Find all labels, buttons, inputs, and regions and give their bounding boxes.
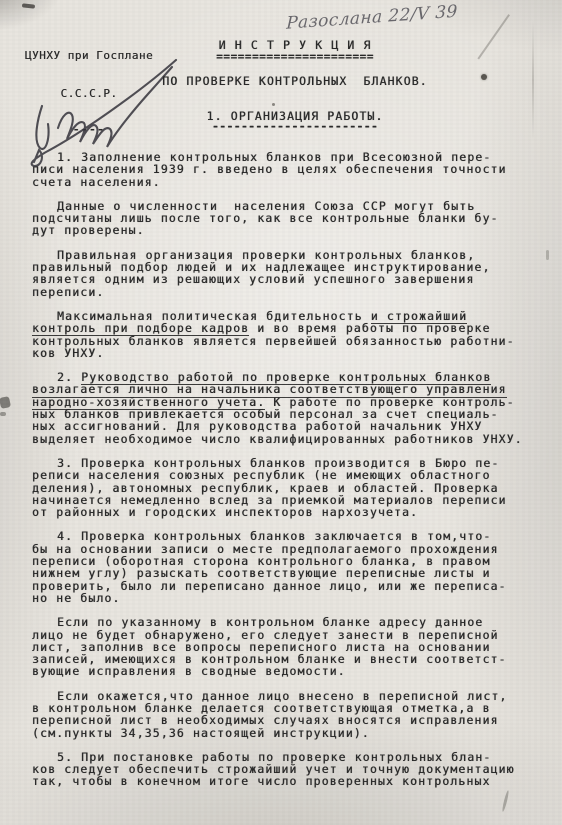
text-line: вующие исправления в сводные ведомости.: [32, 665, 538, 677]
paragraph: 5. При постановке работы по проверке кон…: [32, 751, 538, 788]
paragraph: 1. Заполнение контрольных бланков при Вс…: [32, 151, 538, 188]
title-underline: ======================: [95, 52, 495, 61]
text-line: дут проверены.: [32, 224, 538, 236]
paragraph: 4. Проверка контрольных бланков заключае…: [32, 530, 538, 604]
paper-crease: [532, 20, 534, 140]
text-segment: так, чтобы в конечном итоге число провер…: [32, 774, 490, 788]
title-block: И Н С Т Р У К Ц И Я ====================…: [95, 39, 495, 130]
text-line: ков УНХУ.: [32, 347, 538, 359]
text-segment: от районных и городских инспекторов нарх…: [32, 505, 418, 519]
ink-speck: [546, 250, 549, 260]
text-line: переписи.: [32, 286, 538, 298]
paragraph: Данные о численности населения Союза ССР…: [32, 200, 538, 237]
document-subtitle: ПО ПРОВЕРКЕ КОНТРОЛЬНЫХ БЛАНКОВ.: [95, 75, 495, 88]
text-segment: выделяет необходимое число квалифицирова…: [32, 432, 523, 446]
text-segment: вующие исправления в сводные ведомости.: [32, 664, 346, 678]
ink-smudge: [501, 790, 509, 812]
text-segment: (см.пункты 34,35,36 настоящей инструкции…: [32, 726, 370, 740]
text-line: (см.пункты 34,35,36 настоящей инструкции…: [32, 727, 538, 739]
scanned-document-page: ЦУНХУ при Госплане С.С.С.Р. ---- Разосла…: [0, 0, 562, 825]
paragraph: Правильная организация проверки контроль…: [32, 249, 538, 298]
text-line: но не было.: [32, 592, 538, 604]
body-paragraphs: 1. Заполнение контрольных бланков при Вс…: [32, 151, 538, 788]
text-segment: ков УНХУ.: [32, 346, 104, 360]
text-line: является одним из решающих условий успеш…: [32, 273, 538, 285]
ink-smudge: [0, 412, 6, 416]
ink-smudge: [22, 3, 35, 8]
text-line: счета населения.: [32, 176, 538, 188]
text-line: от районных и городских инспекторов нарх…: [32, 506, 538, 518]
text-segment: но не было.: [32, 591, 120, 605]
text-segment: дут проверены.: [32, 223, 145, 237]
paragraph: Максимальная политическая бдительность и…: [32, 310, 538, 359]
paragraph: 2. Руководство работой по проверке контр…: [32, 371, 538, 445]
text-line: контрольных бланков является первейшей о…: [32, 335, 538, 347]
section-heading-underline: -----------------------: [95, 123, 495, 130]
text-segment: переписи.: [32, 285, 104, 299]
paragraph: Если по указанному в контрольном бланке …: [32, 616, 538, 677]
text-line: выделяет необходимое число квалифицирова…: [32, 433, 538, 445]
text-segment: счета населения.: [32, 175, 161, 189]
ink-smudge: [0, 396, 11, 409]
handwritten-distribution-note: Разослана 22/V 39: [286, 0, 506, 34]
paragraph: 3. Проверка контрольных бланков производ…: [32, 457, 538, 518]
paragraph: Если окажется,что данное лицо внесено в …: [32, 690, 538, 739]
text-line: так, чтобы в конечном итоге число провер…: [32, 775, 538, 787]
